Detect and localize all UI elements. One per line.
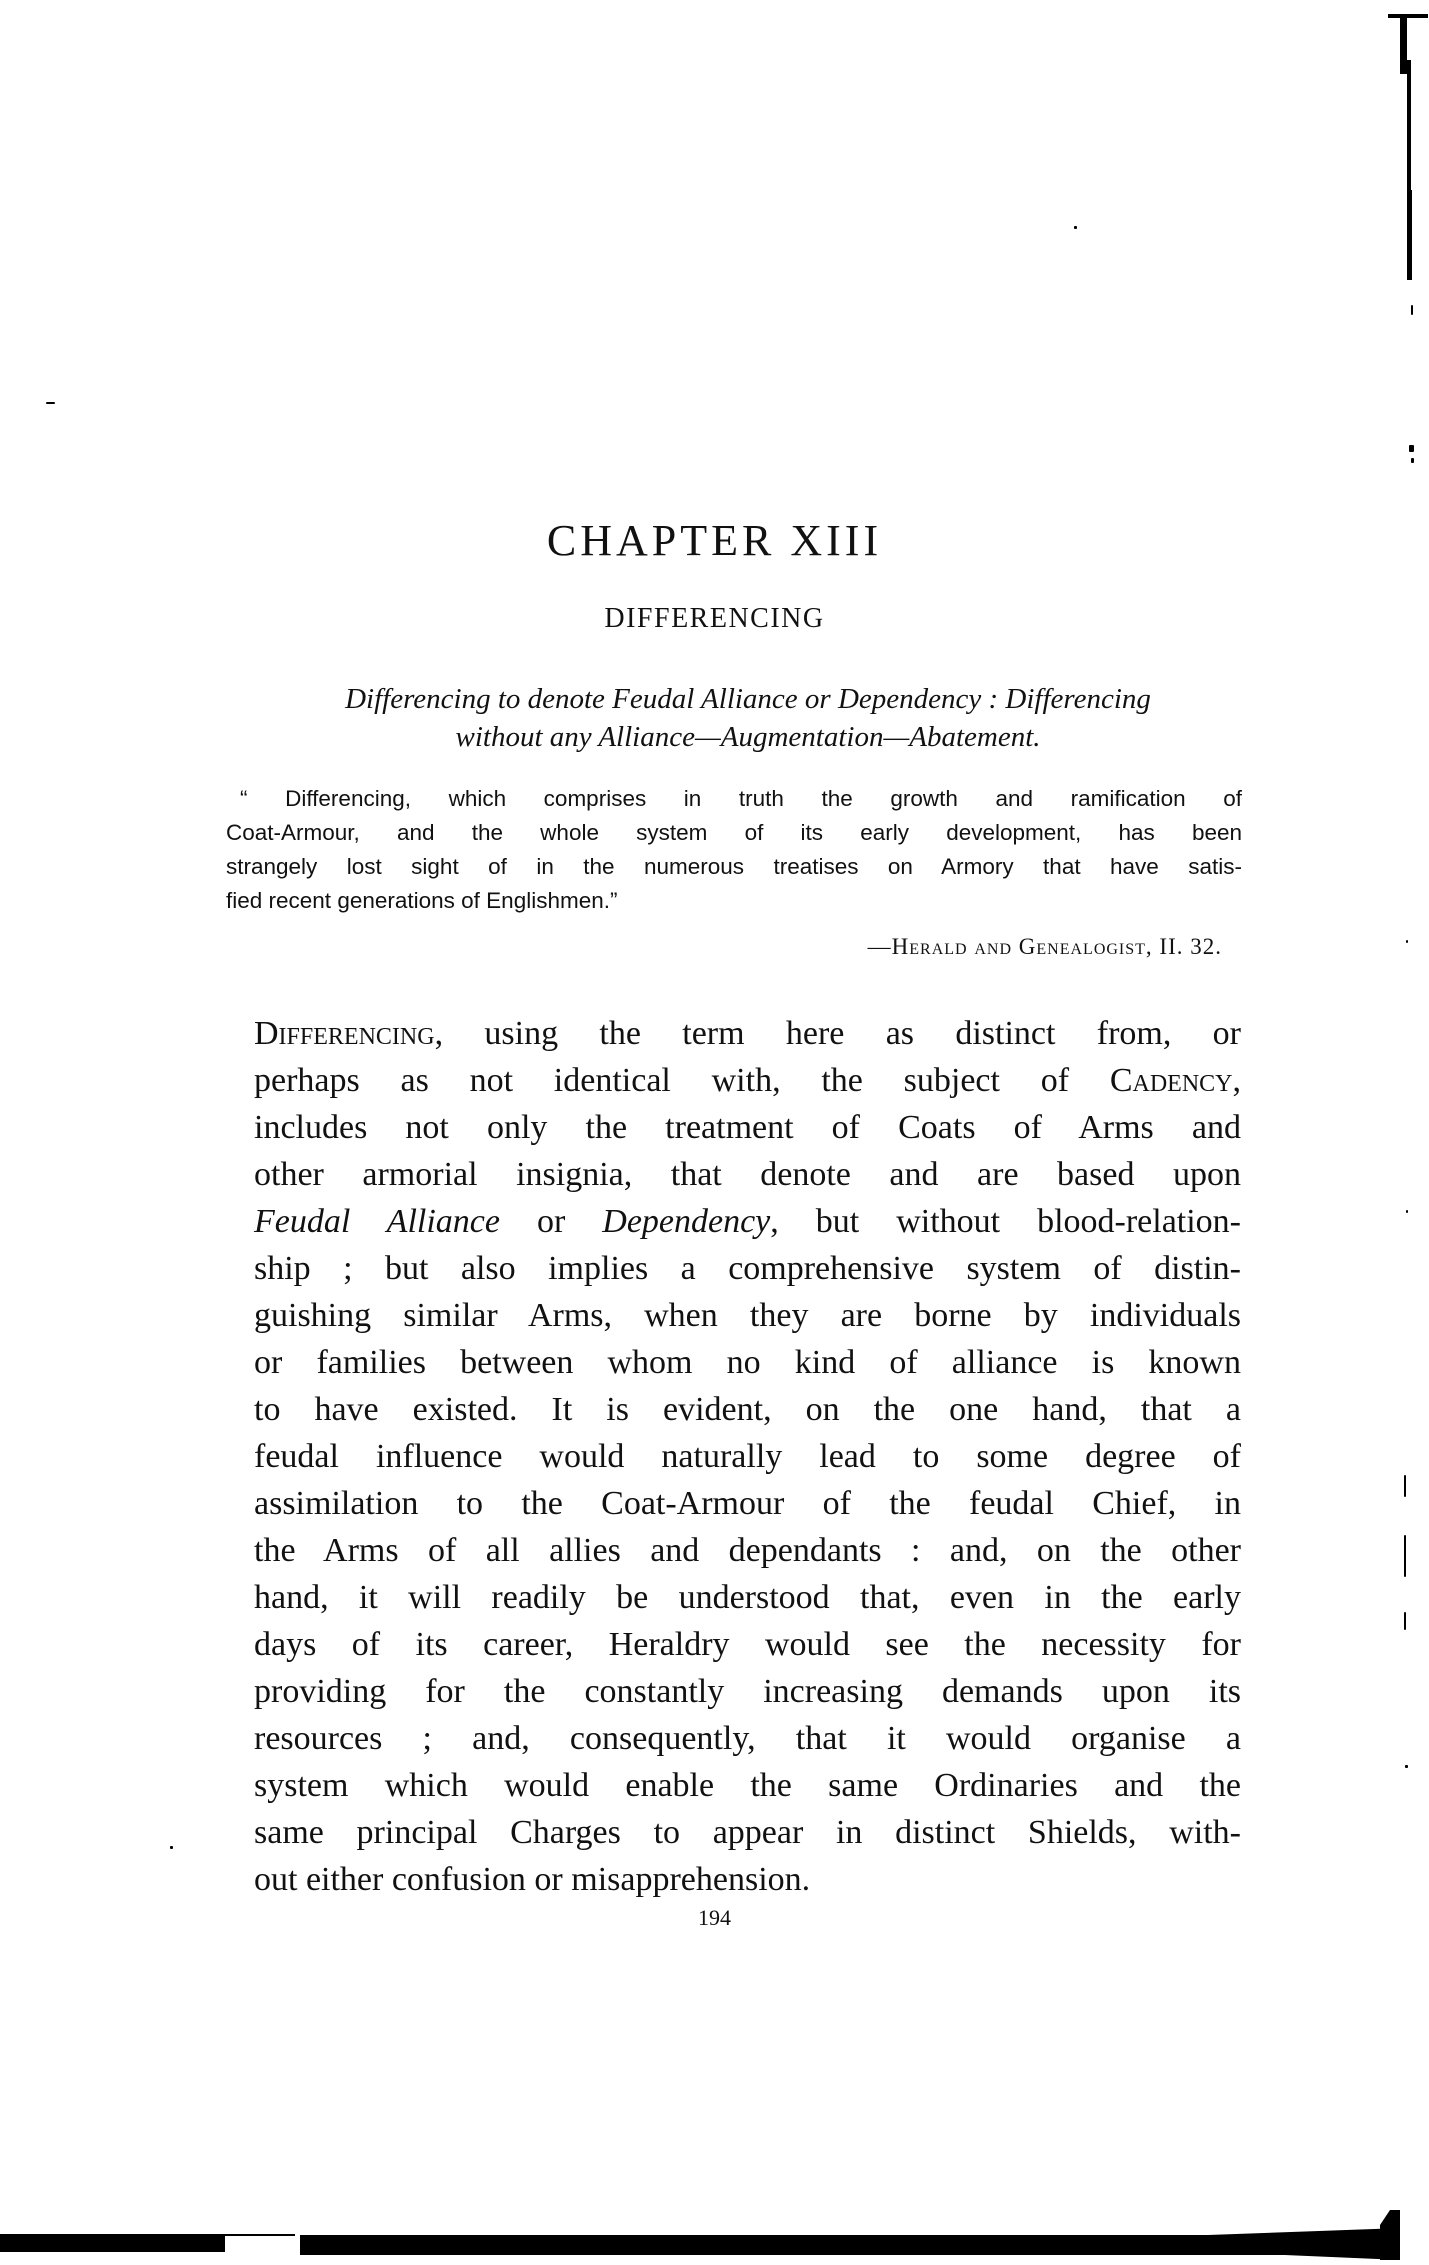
body-text-run: or [500, 1203, 602, 1240]
body-text-run: out either confusion or misapprehension. [254, 1861, 810, 1898]
body-text-run: assimilation to the Coat-Armour of the f… [254, 1485, 1241, 1522]
epigraph-line: Coat-Armour, and the whole system of its… [226, 816, 1242, 850]
italic-term: Dependency [602, 1203, 770, 1240]
chapter-argument: Differencing to denote Feudal Alliance o… [258, 680, 1238, 756]
body-line: other armorial insignia, that denote and… [254, 1151, 1241, 1198]
body-line: the Arms of all allies and dependants : … [254, 1527, 1241, 1574]
chapter-title: CHAPTER XIII [0, 515, 1429, 566]
body-line: to have existed. It is evident, on the o… [254, 1386, 1241, 1433]
body-line: days of its career, Heraldry would see t… [254, 1621, 1241, 1668]
chapter-subtitle: DIFFERENCING [0, 603, 1429, 635]
scan-speck [170, 1846, 173, 1849]
body-text-run: guishing similar Arms, when they are bor… [254, 1297, 1241, 1334]
body-line: system which would enable the same Ordin… [254, 1762, 1241, 1809]
scan-speck [1406, 940, 1408, 943]
body-line: providing for the constantly increasing … [254, 1668, 1241, 1715]
scan-speck [1404, 1535, 1406, 1577]
body-text-run: , using the term here as distinct from, … [435, 1015, 1241, 1052]
epigraph-attribution: —Herald and Genealogist, II. 32. [0, 934, 1222, 960]
body-text-run: system which would enable the same Ordin… [254, 1767, 1241, 1804]
body-text-run: or families between whom no kind of alli… [254, 1344, 1241, 1381]
scan-speck [46, 402, 55, 404]
scan-speck [1411, 458, 1414, 463]
body-text-run: resources ; and, consequently, that it w… [254, 1720, 1241, 1757]
body-line: ship ; but also implies a comprehensive … [254, 1245, 1241, 1292]
body-line: includes not only the treatment of Coats… [254, 1104, 1241, 1151]
body-line: guishing similar Arms, when they are bor… [254, 1292, 1241, 1339]
body-text-run: , but without blood-relation- [770, 1203, 1241, 1240]
scan-speck [1404, 1612, 1406, 1630]
argument-line: without any Alliance—Augmentation—Abatem… [258, 718, 1238, 756]
body-line: assimilation to the Coat-Armour of the f… [254, 1480, 1241, 1527]
body-text-run: hand, it will readily be understood that… [254, 1579, 1241, 1616]
body-text-run: days of its career, Heraldry would see t… [254, 1626, 1241, 1663]
epigraph-line: “ Differencing, which comprises in truth… [226, 782, 1242, 816]
scan-bottom-bar [1180, 2228, 1400, 2260]
body-line: hand, it will readily be understood that… [254, 1574, 1241, 1621]
epigraph-quote: “ Differencing, which comprises in truth… [226, 782, 1242, 918]
body-line: or families between whom no kind of alli… [254, 1339, 1241, 1386]
scan-bottom-bar [225, 2234, 295, 2236]
page-number: 194 [0, 1905, 1429, 1931]
small-caps-term: Differencing [254, 1015, 435, 1052]
scan-speck [1409, 445, 1414, 452]
body-text-run: feudal influence would naturally lead to… [254, 1438, 1241, 1475]
body-text-run: same principal Charges to appear in dist… [254, 1814, 1241, 1851]
scan-speck [1406, 1210, 1408, 1213]
argument-line: Differencing to denote Feudal Alliance o… [258, 680, 1238, 718]
body-text-run: other armorial insignia, that denote and… [254, 1156, 1241, 1193]
small-caps-term: Cadency [1110, 1062, 1233, 1099]
body-line: same principal Charges to appear in dist… [254, 1809, 1241, 1856]
body-text-run: ship ; but also implies a comprehensive … [254, 1250, 1241, 1287]
body-paragraph: Differencing, using the term here as dis… [254, 1010, 1241, 1903]
body-line: Differencing, using the term here as dis… [254, 1010, 1241, 1057]
italic-term: Feudal Alliance [254, 1203, 500, 1240]
scan-speck [1411, 305, 1413, 315]
body-line: out either confusion or misapprehension. [254, 1856, 1241, 1903]
body-text-run: includes not only the treatment of Coats… [254, 1109, 1241, 1146]
scan-edge-shadow [1388, 14, 1428, 18]
book-page: CHAPTER XIII DIFFERENCING Differencing t… [0, 0, 1429, 2265]
body-line: Feudal Alliance or Dependency, but witho… [254, 1198, 1241, 1245]
body-text-run: the Arms of all allies and dependants : … [254, 1532, 1241, 1569]
scan-edge-shadow [1400, 14, 1407, 74]
body-line: feudal influence would naturally lead to… [254, 1433, 1241, 1480]
scan-bottom-bar [0, 2234, 225, 2252]
body-line: perhaps as not identical with, the subje… [254, 1057, 1241, 1104]
scan-speck [1074, 226, 1077, 229]
body-text-run: to have existed. It is evident, on the o… [254, 1391, 1241, 1428]
body-line: resources ; and, consequently, that it w… [254, 1715, 1241, 1762]
scan-edge-shadow [1410, 190, 1412, 280]
scan-speck [1404, 1475, 1406, 1497]
epigraph-line: strangely lost sight of in the numerous … [226, 850, 1242, 884]
body-text-run: , [1233, 1062, 1242, 1099]
body-text-run: providing for the constantly increasing … [254, 1673, 1241, 1710]
scan-speck [1405, 1765, 1408, 1768]
body-text-run: perhaps as not identical with, the subje… [254, 1062, 1110, 1099]
scan-bottom-bar [1380, 2210, 1400, 2260]
epigraph-line: fied recent generations of Englishmen.” [226, 884, 1242, 918]
